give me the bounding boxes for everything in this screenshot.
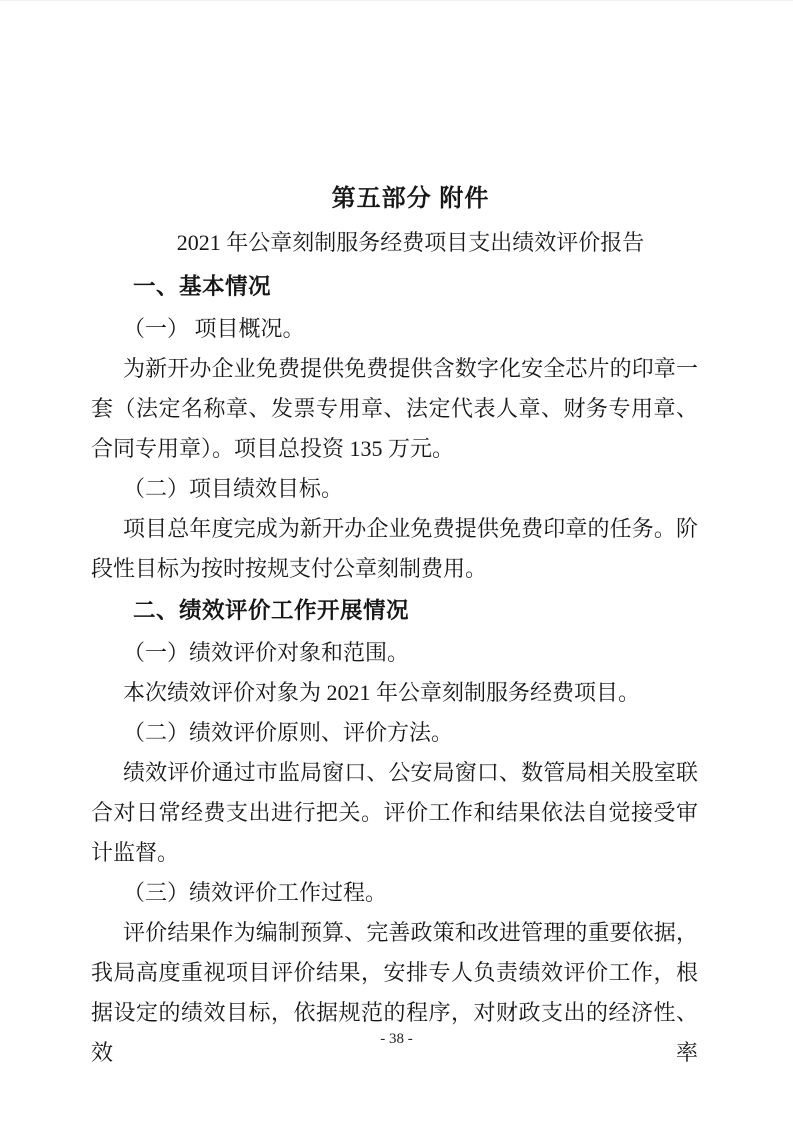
document-body: 第五部分 附件 2021 年公章刻制服务经费项目支出绩效评价报告 一、基本情况 … [91,177,698,1073]
paragraph-performance-goal-label: （二）项目绩效目标。 [91,469,698,509]
paragraph-project-overview-label: （一） 项目概况。 [91,309,698,349]
document-page: 第五部分 附件 2021 年公章刻制服务经费项目支出绩效评价报告 一、基本情况 … [0,0,793,1122]
paragraph-eval-scope: 本次绩效评价对象为 2021 年公章刻制服务经费项目。 [91,673,698,713]
paragraph-eval-principles-label: （二）绩效评价原则、评价方法。 [91,713,698,753]
page-number: - 38 - [0,1029,793,1049]
part-heading: 第五部分 附件 [107,177,714,221]
paragraph-eval-scope-label: （一）绩效评价对象和范围。 [91,633,698,673]
paragraph-eval-principles: 绩效评价通过市监局窗口、公安局窗口、数管局相关股室联合对日常经费支出进行把关。评… [91,753,698,873]
section-1-heading: 一、基本情况 [91,265,698,309]
paragraph-performance-goal: 项目总年度完成为新开办企业免费提供免费印章的任务。阶段性目标为按时按规支付公章刻… [91,509,698,589]
section-2-heading: 二、绩效评价工作开展情况 [91,589,698,633]
report-title: 2021 年公章刻制服务经费项目支出绩效评价报告 [107,221,714,265]
paragraph-eval-process: 评价结果作为编制预算、完善政策和改进管理的重要依据，我局高度重视项目评价结果，安… [91,913,698,1073]
paragraph-project-overview: 为新开办企业免费提供免费提供含数字化安全芯片的印章一套（法定名称章、发票专用章、… [91,349,698,469]
paragraph-eval-process-label: （三）绩效评价工作过程。 [91,873,698,913]
